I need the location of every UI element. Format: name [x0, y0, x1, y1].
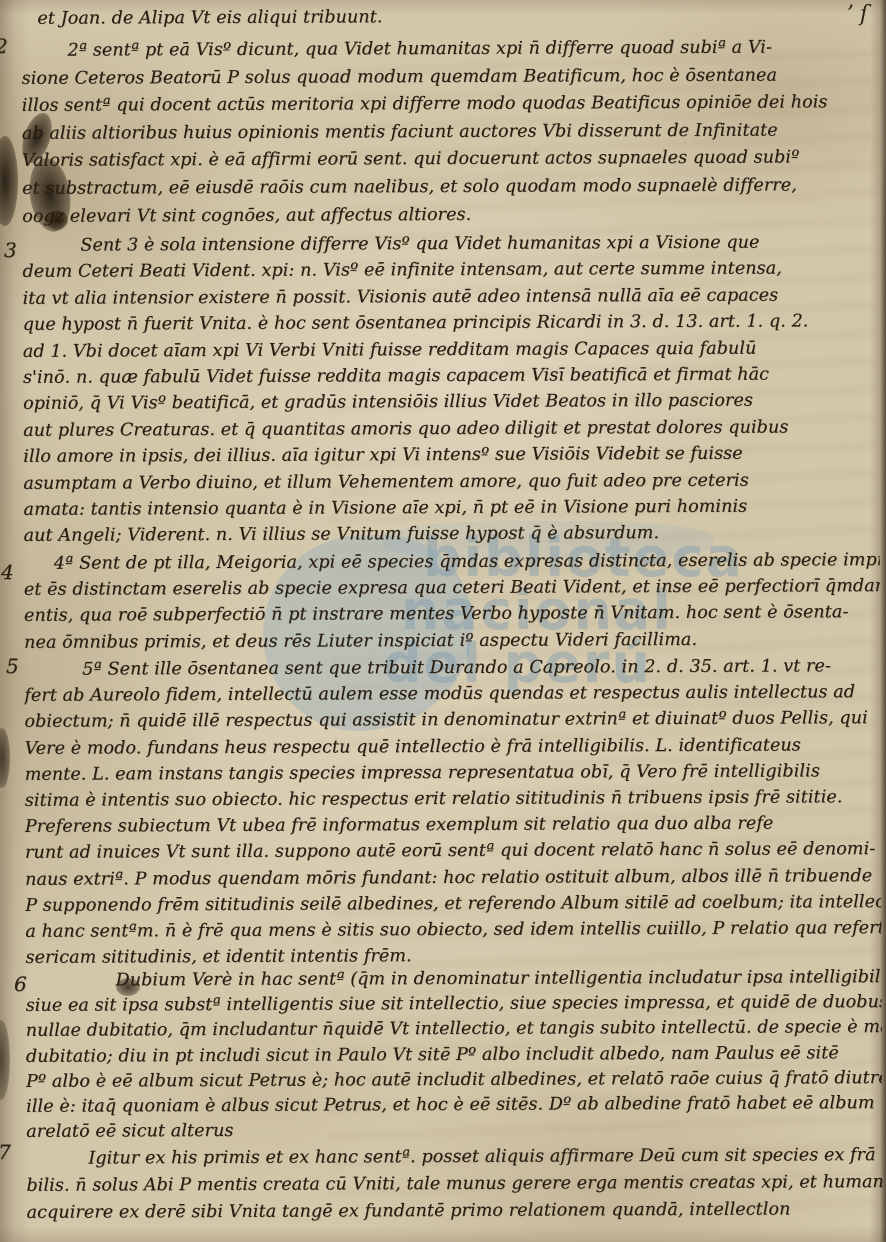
manuscript-line: Valoris satisfact xpi. è eā affirmi eorū… — [22, 144, 878, 175]
manuscript-line: et substractum, eē eiusdē raōis cum nael… — [22, 172, 878, 203]
manuscript-line: 4ª Sent de pt illa, Meigoria, xpi eē spe… — [24, 547, 880, 577]
paragraph: et Joan. de Alipa Vt eis aliqui tribuunt… — [37, 2, 886, 33]
manuscript-line: Dubium Verè in hac sentª (q̄m in denomin… — [26, 965, 882, 994]
manuscript-line: amata: tantis intensio quanta è in Visio… — [23, 493, 879, 523]
manuscript-line: 2ª sentª pt eā Visº dicunt, qua Videt hu… — [21, 34, 877, 65]
manuscript-line: et ēs distinctam eserelis ab specie expr… — [24, 573, 880, 603]
manuscript-line: sitima è intentis suo obiecto. hic respe… — [25, 784, 881, 814]
manuscript-line: P supponendo frēm sititudinis seilē albe… — [25, 889, 881, 919]
manuscript-line: opiniō, q̄ Vi Visº beatificā, et gradūs … — [23, 388, 879, 418]
manuscript-line: arelatō eē sicut alterus — [26, 1116, 882, 1145]
manuscript-line: nea ōmnibus primis, et deus rēs Liuter i… — [24, 626, 880, 656]
manuscript-line: obiectum; n̄ quidē illē respectus qui as… — [24, 705, 880, 735]
manuscript-line: ille è: itaq̄ quoniam è albus sicut Petr… — [26, 1091, 882, 1120]
manuscript-line: acquirere ex derē sibi Vnita tangē ex fu… — [27, 1196, 883, 1227]
paragraph: Igitur ex his primis et ex hanc sentª. p… — [26, 1142, 882, 1227]
manuscript-page: biblioteca nacional del perú ’ſ 2 3 4 5 … — [0, 0, 886, 1242]
manuscript-line: Vere è modo. fundans heus respectu quē i… — [24, 732, 880, 762]
manuscript-line: sione Ceteros Beatorū P solus quoad modu… — [22, 62, 878, 93]
manuscript-line: mente. L. eam instans tangis species imp… — [25, 758, 881, 788]
manuscript-line: Sent 3 è sola intensione differre Visº q… — [22, 229, 878, 259]
manuscript-line: que hypost n̄ fuerit Vnita. è hoc sent ō… — [23, 308, 879, 338]
manuscript-line: asumptam a Verbo diuino, et illum Veheme… — [23, 467, 879, 497]
paragraph: 5ª Sent ille ōsentanea sent que tribuit … — [24, 653, 881, 971]
manuscript-line: illos sentª qui docent actūs meritoria x… — [22, 89, 878, 120]
manuscript-line: Preferens subiectum Vt ubea frē informat… — [25, 810, 881, 840]
manuscript-line: ad 1. Vbi docet aīam xpi Vi Verbi Vniti … — [23, 335, 879, 365]
manuscript-line: deum Ceteri Beati Vident. xpi: n. Visº e… — [22, 256, 878, 286]
manuscript-line: oogz elevari Vt sint cognōes, aut affect… — [22, 200, 878, 231]
manuscript-line: ita vt alia intensior existere n̄ possit… — [23, 282, 879, 312]
manuscript-line: 5ª Sent ille ōsentanea sent que tribuit … — [24, 653, 880, 683]
manuscript-line: siue ea sit ipsa substª intelligentis si… — [26, 990, 882, 1019]
manuscript-line: illo amore in ipsis, dei illius. aīa igi… — [23, 440, 879, 470]
manuscript-line: et Joan. de Alipa Vt eis aliqui tribuunt… — [37, 2, 886, 33]
manuscript-line: runt ad inuices Vt sunt illa. suppono au… — [25, 837, 881, 867]
manuscript-line: aut Angeli; Viderent. n. Vi illius se Vn… — [24, 520, 880, 550]
manuscript-line: naus extriª. P modus quendam mōris funda… — [25, 863, 881, 893]
manuscript-line: aut plures Creaturas. et q̄ quantitas am… — [23, 414, 879, 444]
manuscript-line: Pº albo è eē album sicut Petrus è; hoc a… — [26, 1066, 882, 1095]
manuscript-line: fert ab Aureolo fidem, intellectū aulem … — [24, 679, 880, 709]
paragraph: Dubium Verè in hac sentª (q̄m in denomin… — [26, 965, 883, 1145]
manuscript-line: a hanc sentªm. n̄ è frē qua mens è sitis… — [25, 915, 881, 945]
manuscript-line: dubitatio; diu in pt includi sicut in Pa… — [26, 1041, 882, 1070]
manuscript-line: entis, qua roē subperfectiō n̄ pt instra… — [24, 599, 880, 629]
manuscript-line: bilis. n̄ solus Abi P mentis creata cū V… — [26, 1169, 882, 1200]
manuscript-line: ab aliis altioribus huius opinionis ment… — [22, 117, 878, 148]
manuscript-text: et Joan. de Alipa Vt eis aliqui tribuunt… — [0, 0, 886, 1242]
paragraph: 4ª Sent de pt illa, Meigoria, xpi eē spe… — [24, 547, 880, 656]
manuscript-line: nullae dubitatio, q̄m includantur n̄quid… — [26, 1015, 882, 1044]
manuscript-line: Igitur ex his primis et ex hanc sentª. p… — [26, 1142, 882, 1173]
paragraph: Sent 3 è sola intensione differre Visº q… — [22, 229, 879, 550]
paragraph: 2ª sentª pt eā Visº dicunt, qua Videt hu… — [21, 34, 878, 231]
manuscript-line: s'inō. n. quæ fabulū Videt fuisse reddit… — [23, 361, 879, 391]
